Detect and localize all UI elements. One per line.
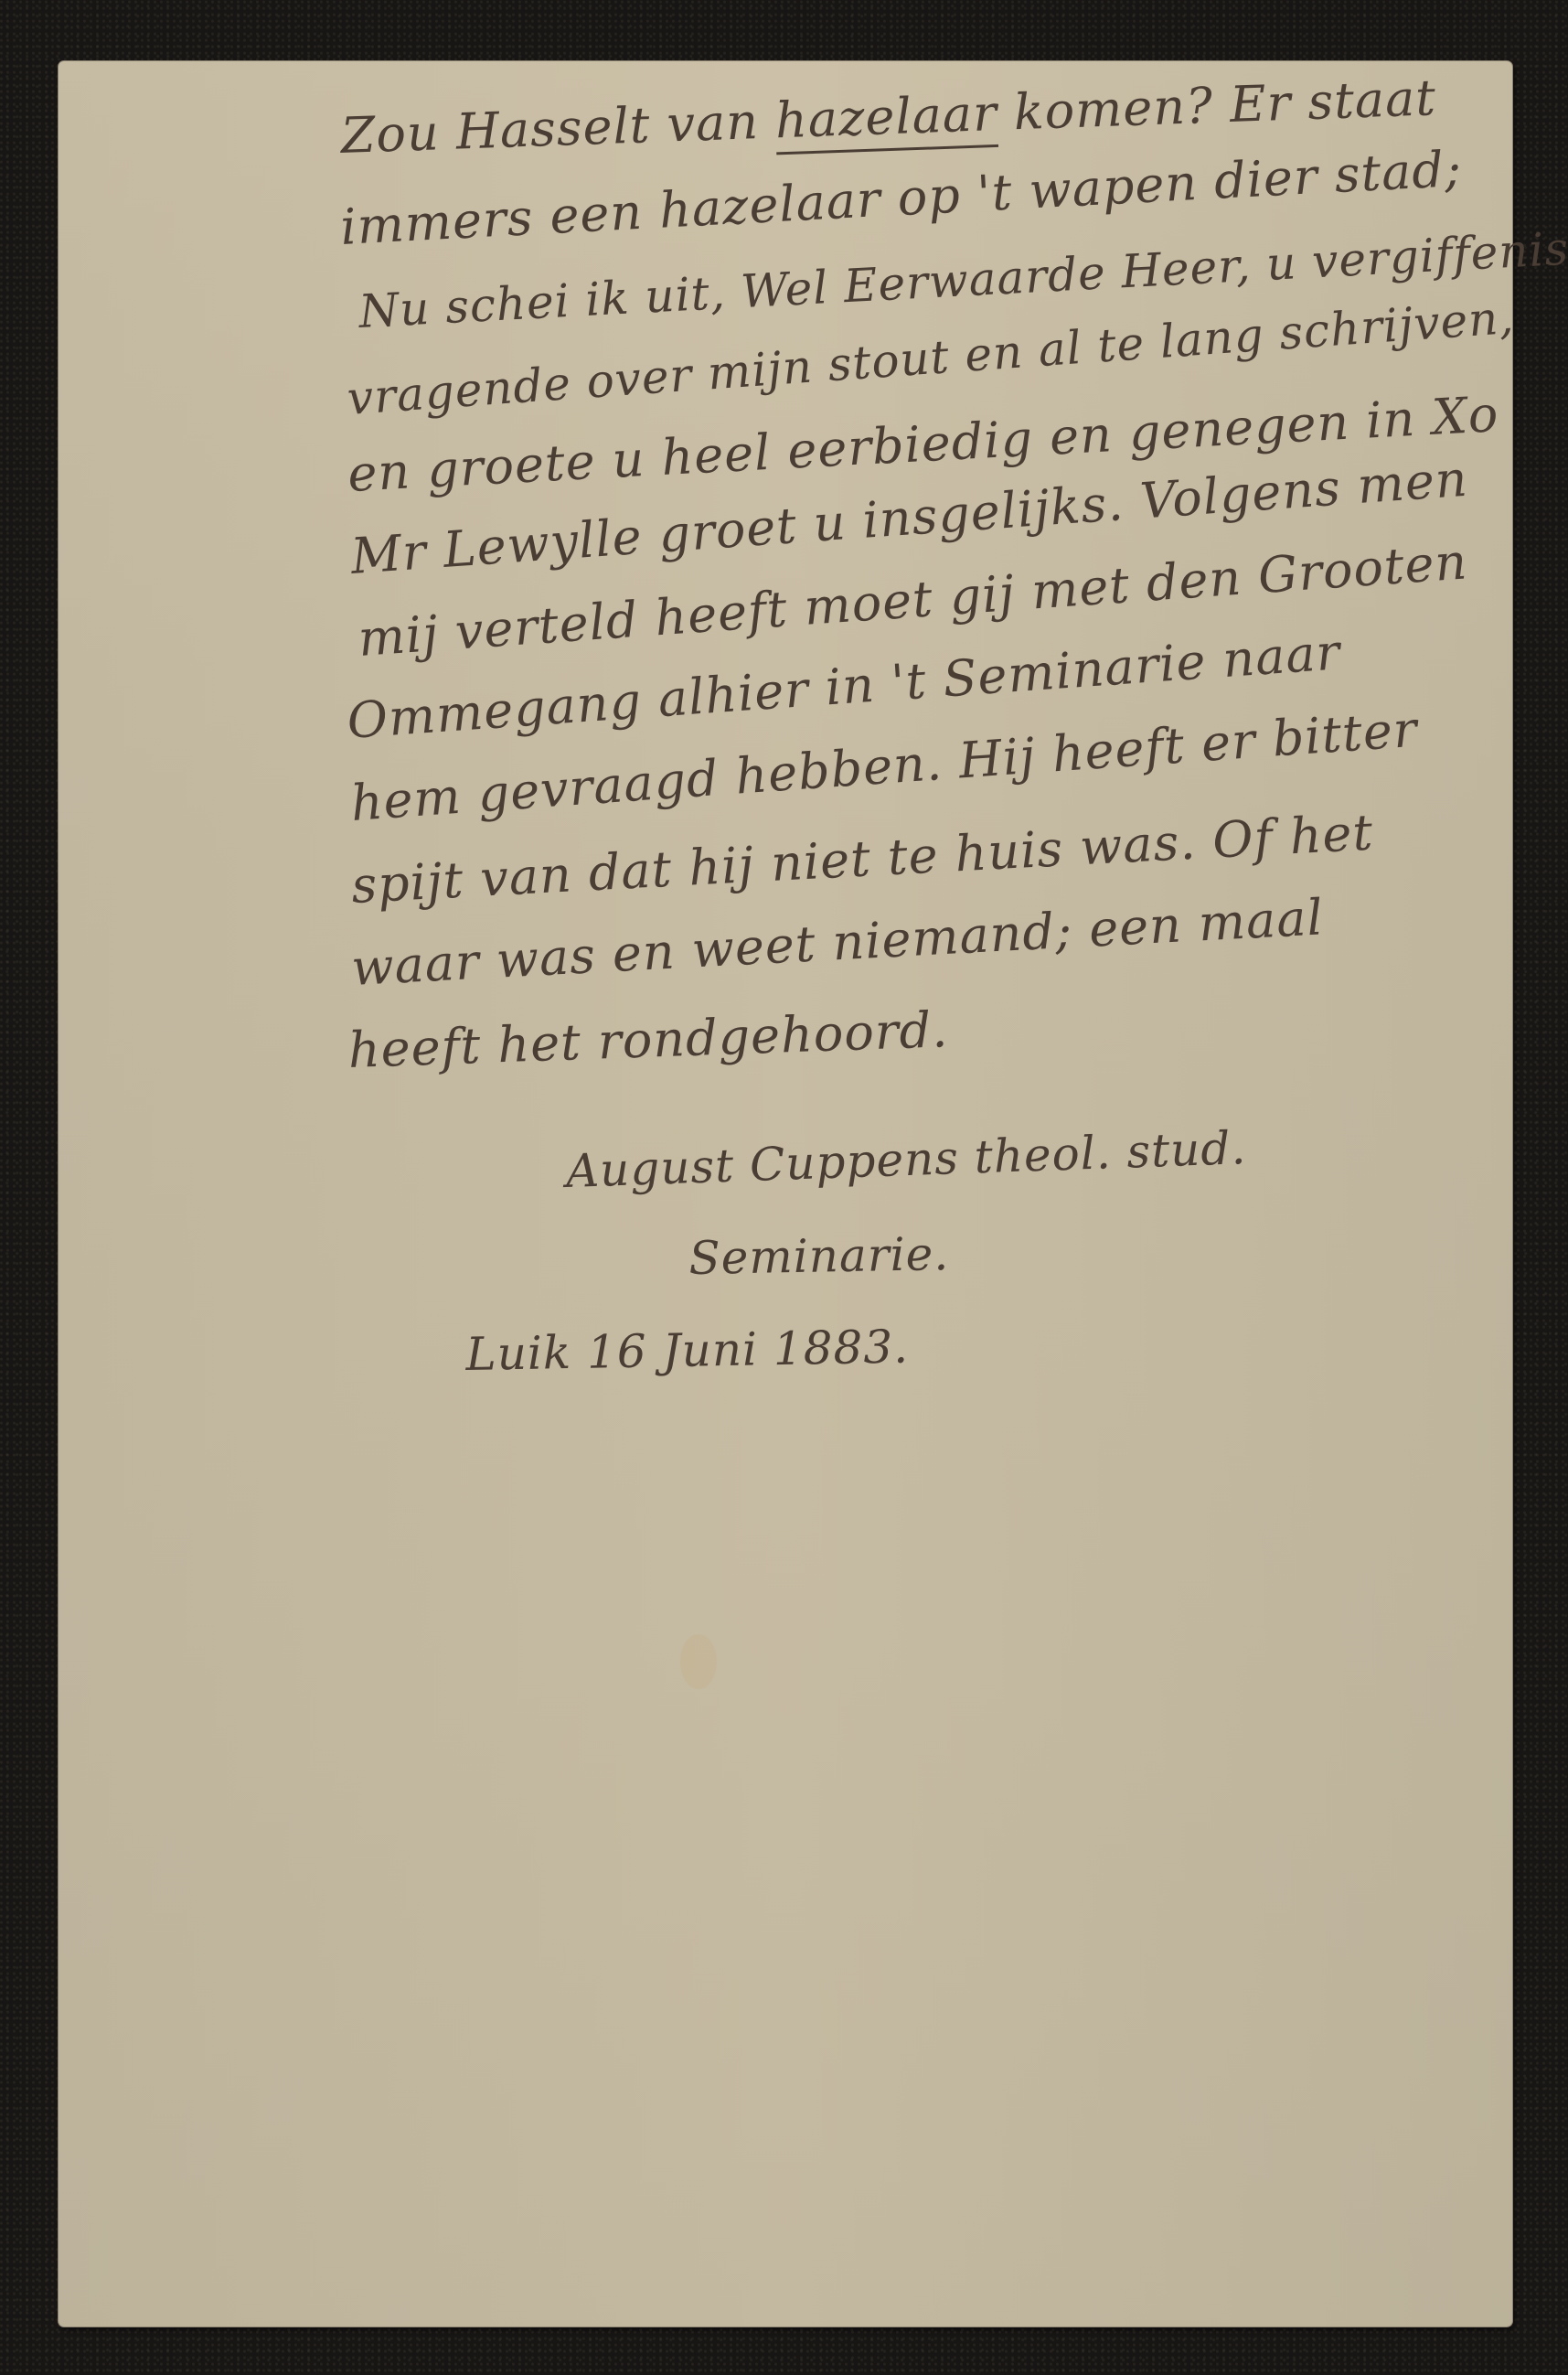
signature-place-date: Luik 16 Juni 1883. — [465, 1321, 910, 1381]
letter-line-1-post: komen? Er staat — [997, 69, 1437, 142]
underlined-word-hazelaar: hazelaar — [774, 84, 998, 149]
paper-stain — [680, 1634, 717, 1689]
letter-page: Zou Hasselt van hazelaar komen? Er staat… — [59, 61, 1512, 2327]
signature-name: August Cuppens theol. stud. — [565, 1121, 1247, 1198]
letter-line-12: heeft het rondgehoord. — [347, 1000, 949, 1079]
signature-institution: Seminarie. — [688, 1227, 950, 1285]
letter-line-1-pre: Zou Hasselt van — [340, 91, 776, 165]
